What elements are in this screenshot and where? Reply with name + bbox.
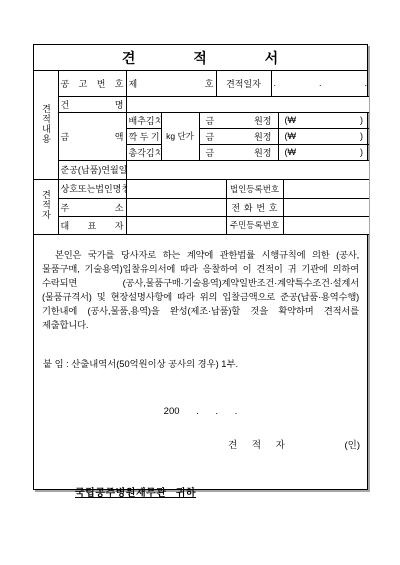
amount-item-name: 깍 두 기 xyxy=(126,128,161,144)
corp-reg-no-label: 법인등록번호 xyxy=(226,179,283,198)
unit-price-label: kg 단가 xyxy=(161,112,199,160)
seal-mark: (인) xyxy=(344,437,360,451)
won-open: (₩ xyxy=(285,131,297,141)
amount-item-name: 총각김치 xyxy=(126,144,161,160)
attachment-note: 붙 임 : 산출내역서(50억원이상 공사의 경우) 1부. xyxy=(43,356,238,370)
corp-reg-no-field[interactable] xyxy=(283,179,369,198)
amount-won-field[interactable]: (₩ ) xyxy=(278,144,369,160)
address-label: 주 소 xyxy=(58,198,126,216)
amount-sum-field[interactable]: 금 원정 xyxy=(199,144,278,160)
quote-date-label: 견적일자 xyxy=(216,71,271,96)
notice-number-label: 공 고 번 호 xyxy=(58,71,126,96)
form-title: 견 적 서 xyxy=(34,45,367,71)
date-line: 200 . . . xyxy=(34,406,367,417)
amount-won-field[interactable]: (₩ ) xyxy=(278,128,369,144)
amount-item-name: 배추김치 xyxy=(126,112,161,128)
representative-label: 대 표 자 xyxy=(58,216,126,234)
pledge-section: 본인은 국가를 당사자로 하는 계약에 관한법률 시행규칙에 의한 (공사,물품… xyxy=(34,248,367,504)
quotation-table: 견적내용 공 고 번 호 제 호 견적일자 . . . 건 명 금 액 배추김치… xyxy=(34,71,369,235)
amount-label: 금 액 xyxy=(58,112,126,160)
band-quoter-label: 견적자 xyxy=(41,190,51,220)
amount-won-field[interactable]: (₩ ) xyxy=(278,112,369,128)
amount-sum-field[interactable]: 금 원정 xyxy=(199,112,278,128)
resident-reg-no-field[interactable] xyxy=(283,216,369,234)
project-name-label: 건 명 xyxy=(58,96,126,112)
quote-date-field[interactable]: . . . xyxy=(271,71,369,96)
band-quote-content-label: 견적내용 xyxy=(41,104,51,144)
recipient-line: 국립공주병원재무관 귀하 xyxy=(75,484,196,499)
quotation-form: 견 적 서 견적내용 공 고 번 호 제 호 견적일자 . . . 건 명 xyxy=(33,44,368,490)
representative-field[interactable] xyxy=(126,216,226,234)
sum-prefix: 금 xyxy=(206,130,215,143)
sum-suffix: 원정 xyxy=(254,146,271,159)
address-field[interactable] xyxy=(126,198,226,216)
won-close: ) xyxy=(360,147,363,157)
pledge-text: 본인은 국가를 당사자로 하는 계약에 관한법률 시행규칙에 의한 (공사,물품… xyxy=(42,248,359,332)
resident-reg-no-label: 주민등록번호 xyxy=(226,216,283,234)
project-name-field[interactable] xyxy=(126,96,369,112)
notice-number-field[interactable]: 제 호 xyxy=(126,71,216,96)
sum-prefix: 금 xyxy=(206,146,215,159)
phone-label: 전 화 번 호 xyxy=(226,198,283,216)
phone-field[interactable] xyxy=(283,198,369,216)
won-close: ) xyxy=(360,115,363,125)
won-close: ) xyxy=(360,131,363,141)
company-name-field[interactable] xyxy=(126,179,226,198)
amount-sum-field[interactable]: 금 원정 xyxy=(199,128,278,144)
delivery-date-label: 준공(납품)연월일 xyxy=(58,160,126,179)
band-quote-content: 견적내용 xyxy=(34,71,58,179)
won-open: (₩ xyxy=(285,115,297,125)
sum-prefix: 금 xyxy=(206,114,215,127)
sum-suffix: 원정 xyxy=(254,130,271,143)
band-quoter: 견적자 xyxy=(34,179,58,234)
sum-suffix: 원정 xyxy=(254,114,271,127)
quotation-document-page: 견 적 서 견적내용 공 고 번 호 제 호 견적일자 . . . 건 명 xyxy=(0,0,400,565)
company-name-label: 상호또는법인명칭 xyxy=(58,179,126,198)
won-open: (₩ xyxy=(285,147,297,157)
signer-label: 견 적 자 xyxy=(228,437,291,451)
delivery-date-field[interactable] xyxy=(126,160,369,179)
